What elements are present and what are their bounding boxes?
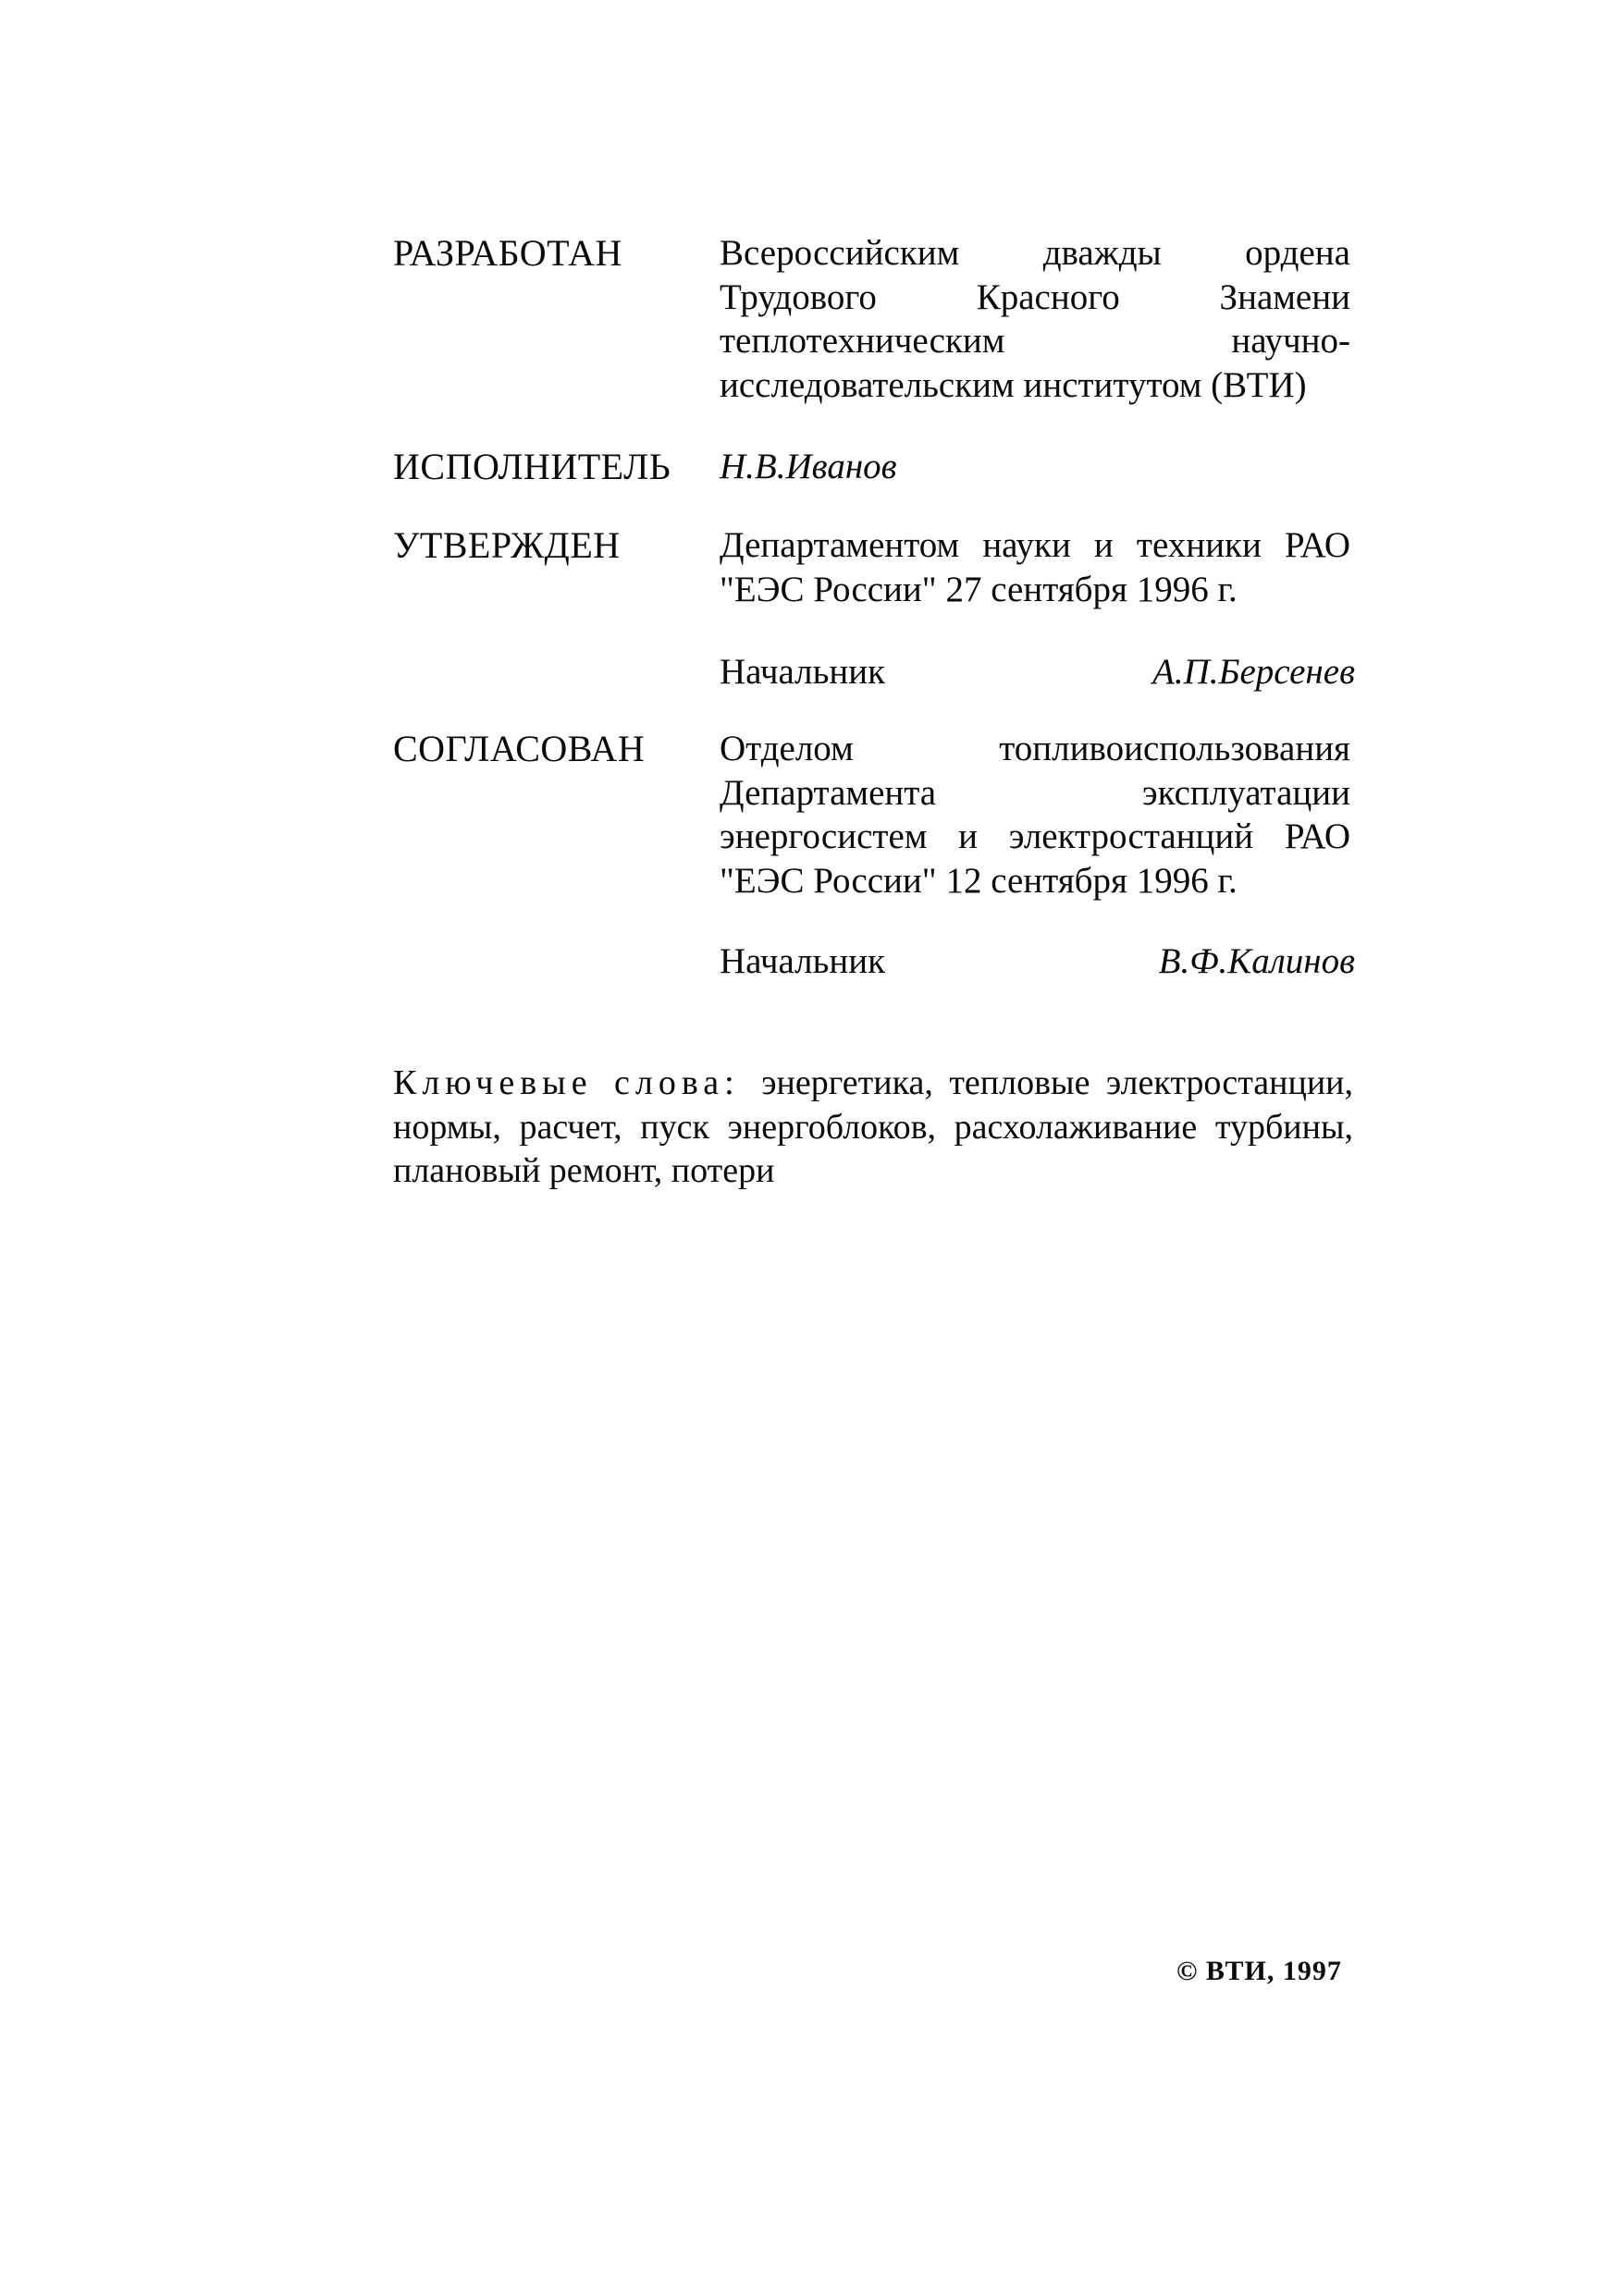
approved-label: УТВЕРЖДЕН xyxy=(393,523,621,567)
executor-label: ИСПОЛНИТЕЛЬ xyxy=(393,445,671,488)
executor-value: Н.В.Иванов xyxy=(720,445,1350,489)
agreed-signer-title: Начальник xyxy=(720,939,885,983)
approved-signer-title: Начальник xyxy=(720,650,885,694)
agreed-signer-name: В.Ф.Калинов xyxy=(1159,939,1355,983)
approved-value: Департаментом науки и техники РАО "ЕЭС Р… xyxy=(720,523,1350,611)
agreed-value: Отделом топливоиспользования Департамент… xyxy=(720,727,1350,902)
agreed-label: СОГЛАСОВАН xyxy=(393,727,645,770)
developed-by-value: Всероссийским дважды ордена Трудового Кр… xyxy=(720,231,1350,407)
keywords-paragraph: Ключевые слова: энергетика, тепловые эле… xyxy=(393,1062,1353,1194)
approved-signer-name: А.П.Берсенев xyxy=(1152,650,1355,694)
document-page: РАЗРАБОТАН Всероссийским дважды ордена Т… xyxy=(0,0,1601,2296)
copyright-notice: © ВТИ, 1997 xyxy=(1176,1955,1342,1988)
keywords-label: Ключевые слова: xyxy=(393,1063,761,1102)
developed-by-label: РАЗРАБОТАН xyxy=(393,231,622,275)
